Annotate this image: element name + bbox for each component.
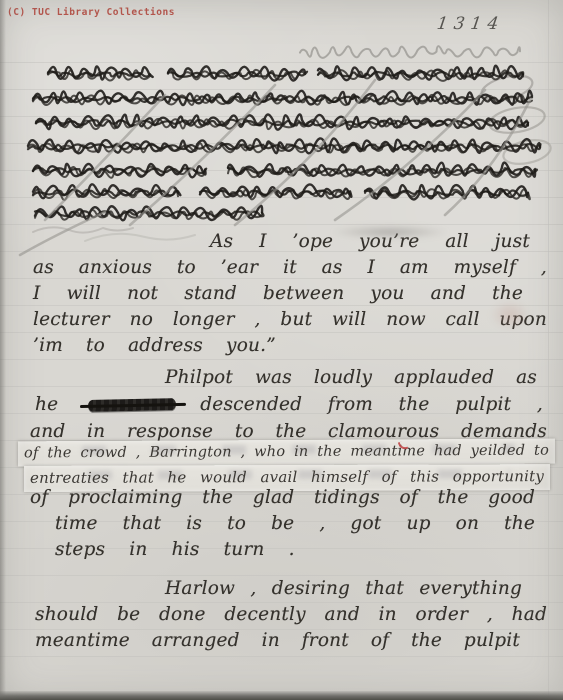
handwritten-line: steps in his turn . (55, 537, 295, 563)
handwritten-line: of proclaiming the glad tidings of the g… (30, 485, 535, 511)
handwritten-line: ’im to address you.” (33, 333, 276, 359)
ruled-lines (0, 62, 563, 662)
handwritten-line: I will not stand between you and the (33, 281, 523, 307)
manuscript-page: (C) TUC Library Collections 1314 As I ’o… (0, 0, 563, 700)
page-number: 1314 (435, 13, 505, 35)
handwritten-line: should be done decently and in order , h… (35, 602, 547, 628)
right-margin-line (548, 0, 549, 700)
scan-edge-shadow (0, 691, 563, 700)
pasted-correction-strip: of the crowd , Barrington , who in the m… (18, 439, 555, 467)
scan-edge-shadow (0, 0, 6, 700)
handwritten-line: time that is to be , got up on the (55, 511, 535, 537)
copyright-watermark: (C) TUC Library Collections (7, 7, 175, 19)
scribbled-out-text (15, 40, 555, 260)
handwritten-word: he (35, 392, 58, 418)
handwritten-line: Philpot was loudly applauded as (165, 365, 537, 391)
handwritten-line: as anxious to ’ear it as I am myself , (33, 255, 547, 281)
handwritten-line: lecturer no longer , but will now call u… (33, 307, 547, 333)
handwritten-text: descended from the pulpit , (200, 392, 543, 418)
handwritten-line: Harlow , desiring that everything (165, 576, 522, 602)
handwritten-line: As I ’ope you’re all just (210, 229, 530, 255)
handwritten-line: he descended from the pulpit , (35, 392, 543, 418)
struck-out-word (88, 398, 176, 412)
handwritten-line: meantime arranged in front of the pulpit (35, 628, 520, 654)
